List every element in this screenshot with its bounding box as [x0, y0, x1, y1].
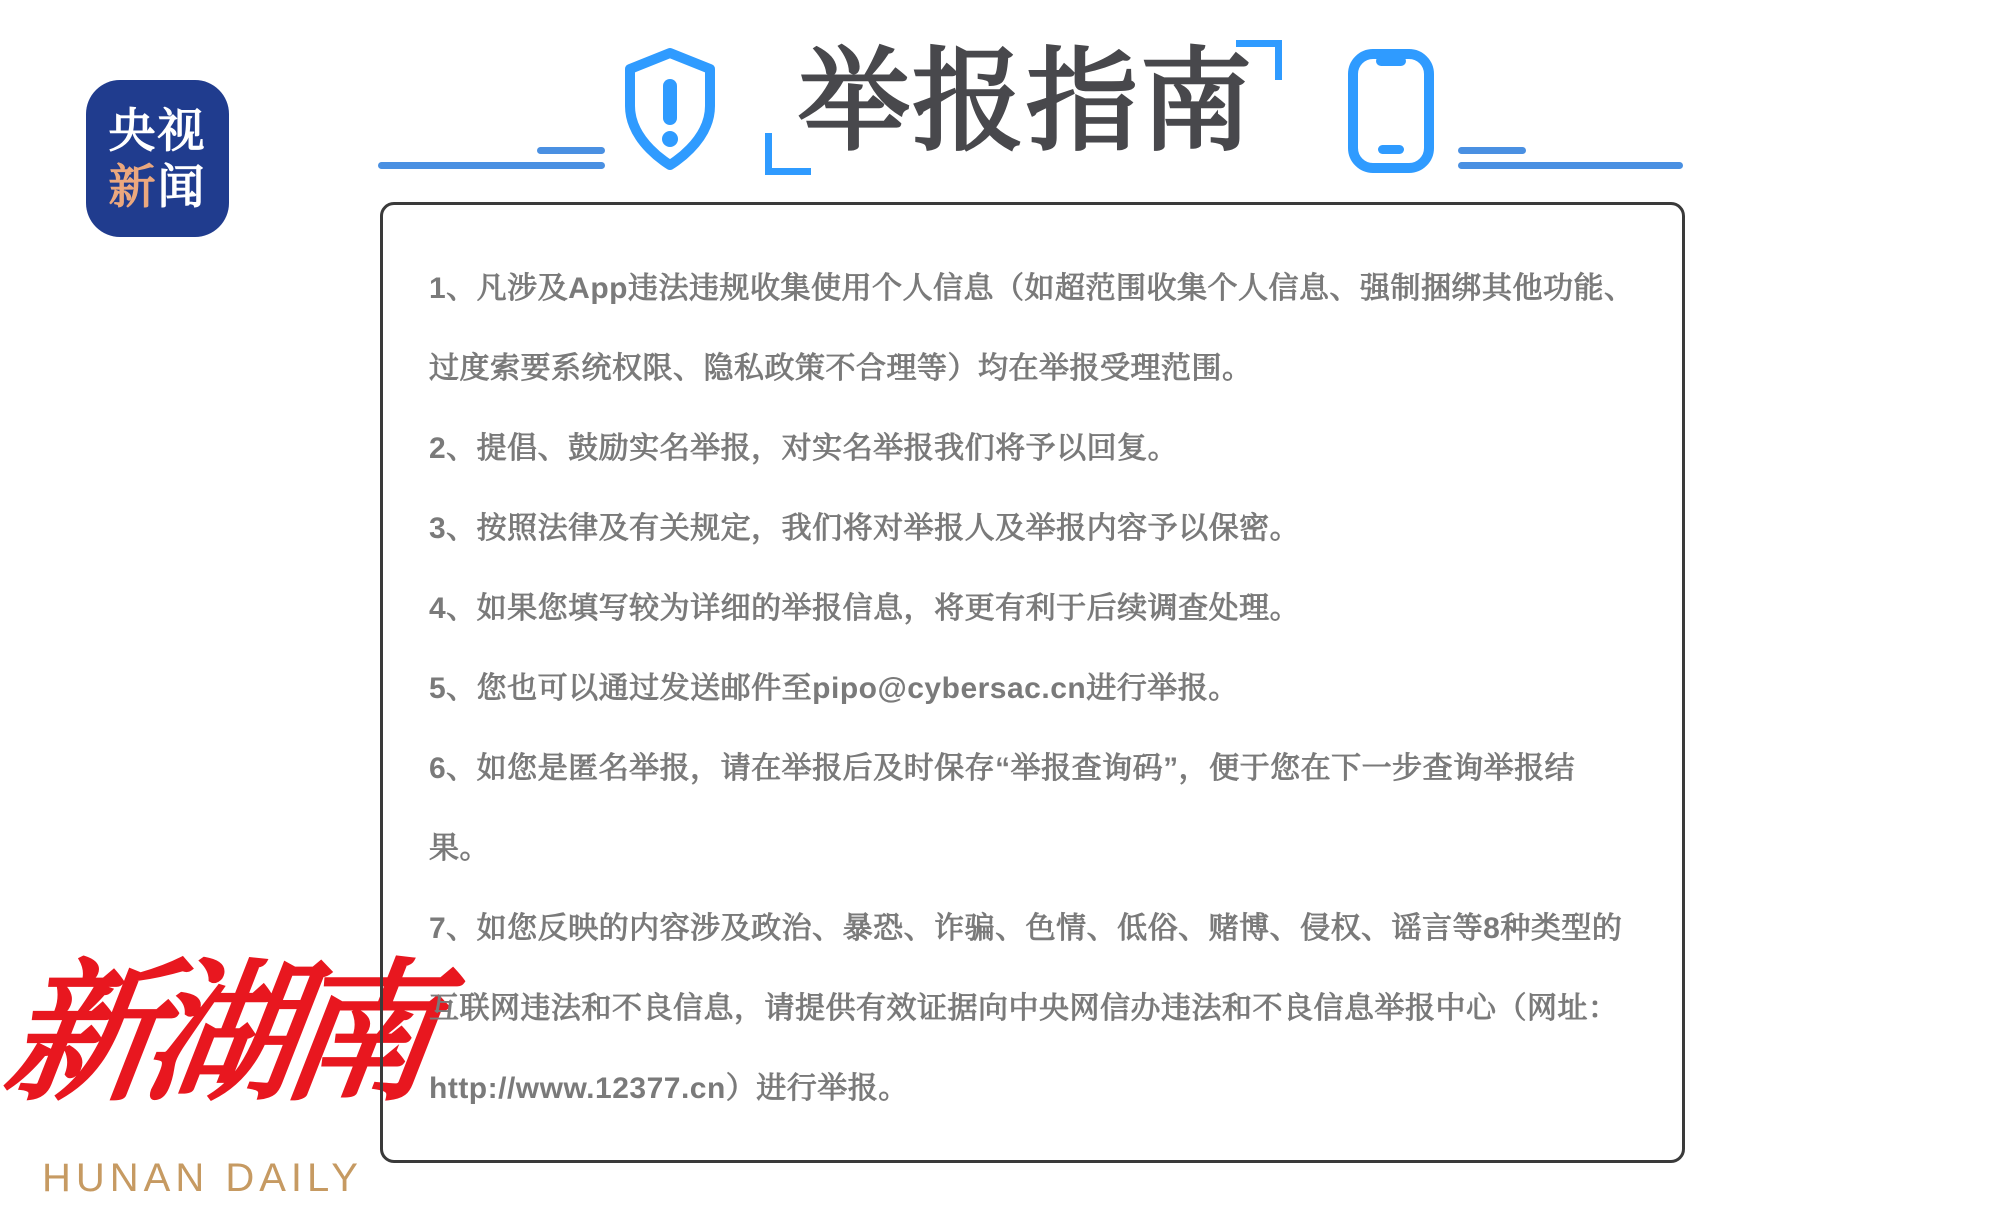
- guide-item-7: 7、如您反映的内容涉及政治、暴恐、诈骗、色情、低俗、赌博、侵权、谣言等8种类型的…: [429, 889, 1636, 1129]
- cctv-logo-char-xin: 新: [109, 160, 158, 213]
- guide-item-6: 6、如您是匿名举报，请在举报后及时保存“举报查询码”，便于您在下一步查询举报结果…: [429, 729, 1636, 889]
- smartphone-icon: [1347, 48, 1435, 174]
- cctv-logo-line2: 新闻: [109, 161, 207, 213]
- corner-bracket-top-right-icon: [1236, 40, 1282, 80]
- guide-item-2: 2、提倡、鼓励实名举报，对实名举报我们将予以回复。: [429, 409, 1636, 489]
- decorative-line: [1458, 162, 1683, 169]
- decorative-line: [1458, 147, 1526, 154]
- cctv-logo-char-wen: 闻: [158, 160, 207, 213]
- guide-item-3: 3、按照法律及有关规定，我们将对举报人及举报内容予以保密。: [429, 489, 1636, 569]
- decorative-line: [537, 147, 605, 154]
- guide-item-1: 1、凡涉及App违法违规收集使用个人信息（如超范围收集个人信息、强制捆绑其他功能…: [429, 249, 1636, 409]
- hunan-daily-chinese-calligraphy: 新湖南: [0, 952, 434, 1119]
- header-right-lines: [1458, 147, 1683, 169]
- page: 央视 新闻 举报指南 1、凡涉及App违法违规收集使用个人信息（如超范围收集个人…: [0, 0, 1996, 1208]
- shield-alert-icon: [618, 46, 722, 174]
- decorative-line: [378, 162, 605, 169]
- hunan-daily-english-label: HUNAN DAILY: [42, 1156, 363, 1201]
- cctv-news-logo: 央视 新闻: [86, 80, 229, 237]
- cctv-logo-line1: 央视: [109, 105, 207, 157]
- header-left-lines: [378, 147, 605, 169]
- page-title: 举报指南: [798, 40, 1254, 163]
- guide-content-box: 1、凡涉及App违法违规收集使用个人信息（如超范围收集个人信息、强制捆绑其他功能…: [380, 202, 1685, 1163]
- guide-item-5: 5、您也可以通过发送邮件至pipo@cybersac.cn进行举报。: [429, 649, 1636, 729]
- guide-item-4: 4、如果您填写较为详细的举报信息，将更有利于后续调查处理。: [429, 569, 1636, 649]
